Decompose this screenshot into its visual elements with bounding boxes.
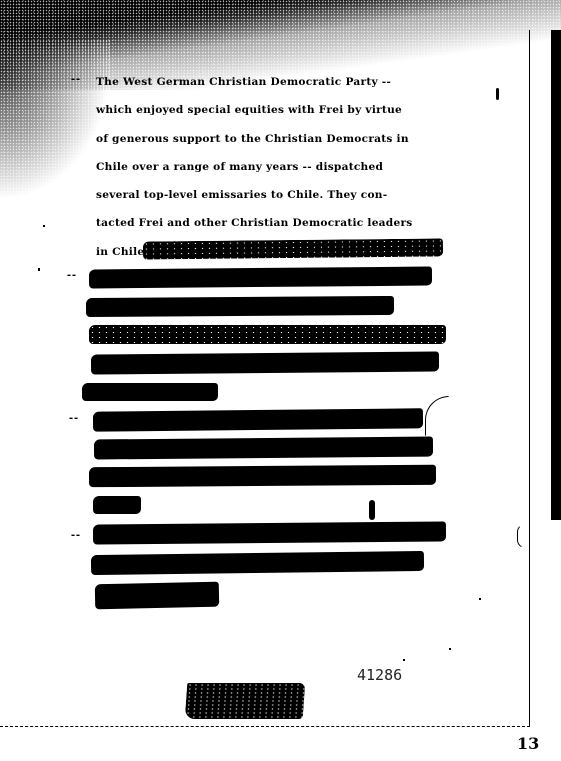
text-line: The West German Christian Democratic Par… [96,72,413,100]
speck [43,225,45,227]
speck [38,268,40,271]
document-number: 41286 [357,666,402,684]
redaction-bar [93,496,141,514]
text-line: which enjoyed special equities with Frei… [96,100,413,128]
speck [403,659,405,661]
handwritten-scribble-mark [369,500,375,520]
handwritten-curve-mark [425,396,449,436]
redaction-bar [91,551,424,575]
margin-mark: -- [70,530,80,541]
margin-tick-mark [496,88,499,100]
scan-noise-left [0,40,110,200]
redaction-bar [89,465,436,487]
redaction-bar [95,582,219,610]
speck [449,648,451,650]
redacted-stamp [185,683,306,719]
margin-mark: -- [68,413,78,424]
page-edge-strip [551,30,561,520]
redaction-bar [143,238,443,259]
handwritten-paren-mark [517,524,525,548]
text-line: several top-level emissaries to Chile. T… [96,185,413,213]
redaction-bar [86,296,394,317]
text-line: of generous support to the Christian Dem… [96,129,413,157]
speck [479,598,481,600]
page-border-right [529,30,530,727]
text-line: tacted Frei and other Christian Democrat… [96,213,413,241]
redaction-bar [91,351,439,374]
page-border-bottom [0,726,530,727]
redaction-bar [93,408,423,431]
redaction-bar [82,383,218,401]
redaction-bar [89,267,432,289]
text-line: Chile over a range of many years -- disp… [96,157,413,185]
redaction-bar [93,521,446,544]
margin-mark: -- [70,74,80,85]
redaction-bar [89,325,446,344]
margin-mark: -- [66,270,76,281]
redaction-bar [94,437,433,460]
page-number: 13 [517,734,539,753]
